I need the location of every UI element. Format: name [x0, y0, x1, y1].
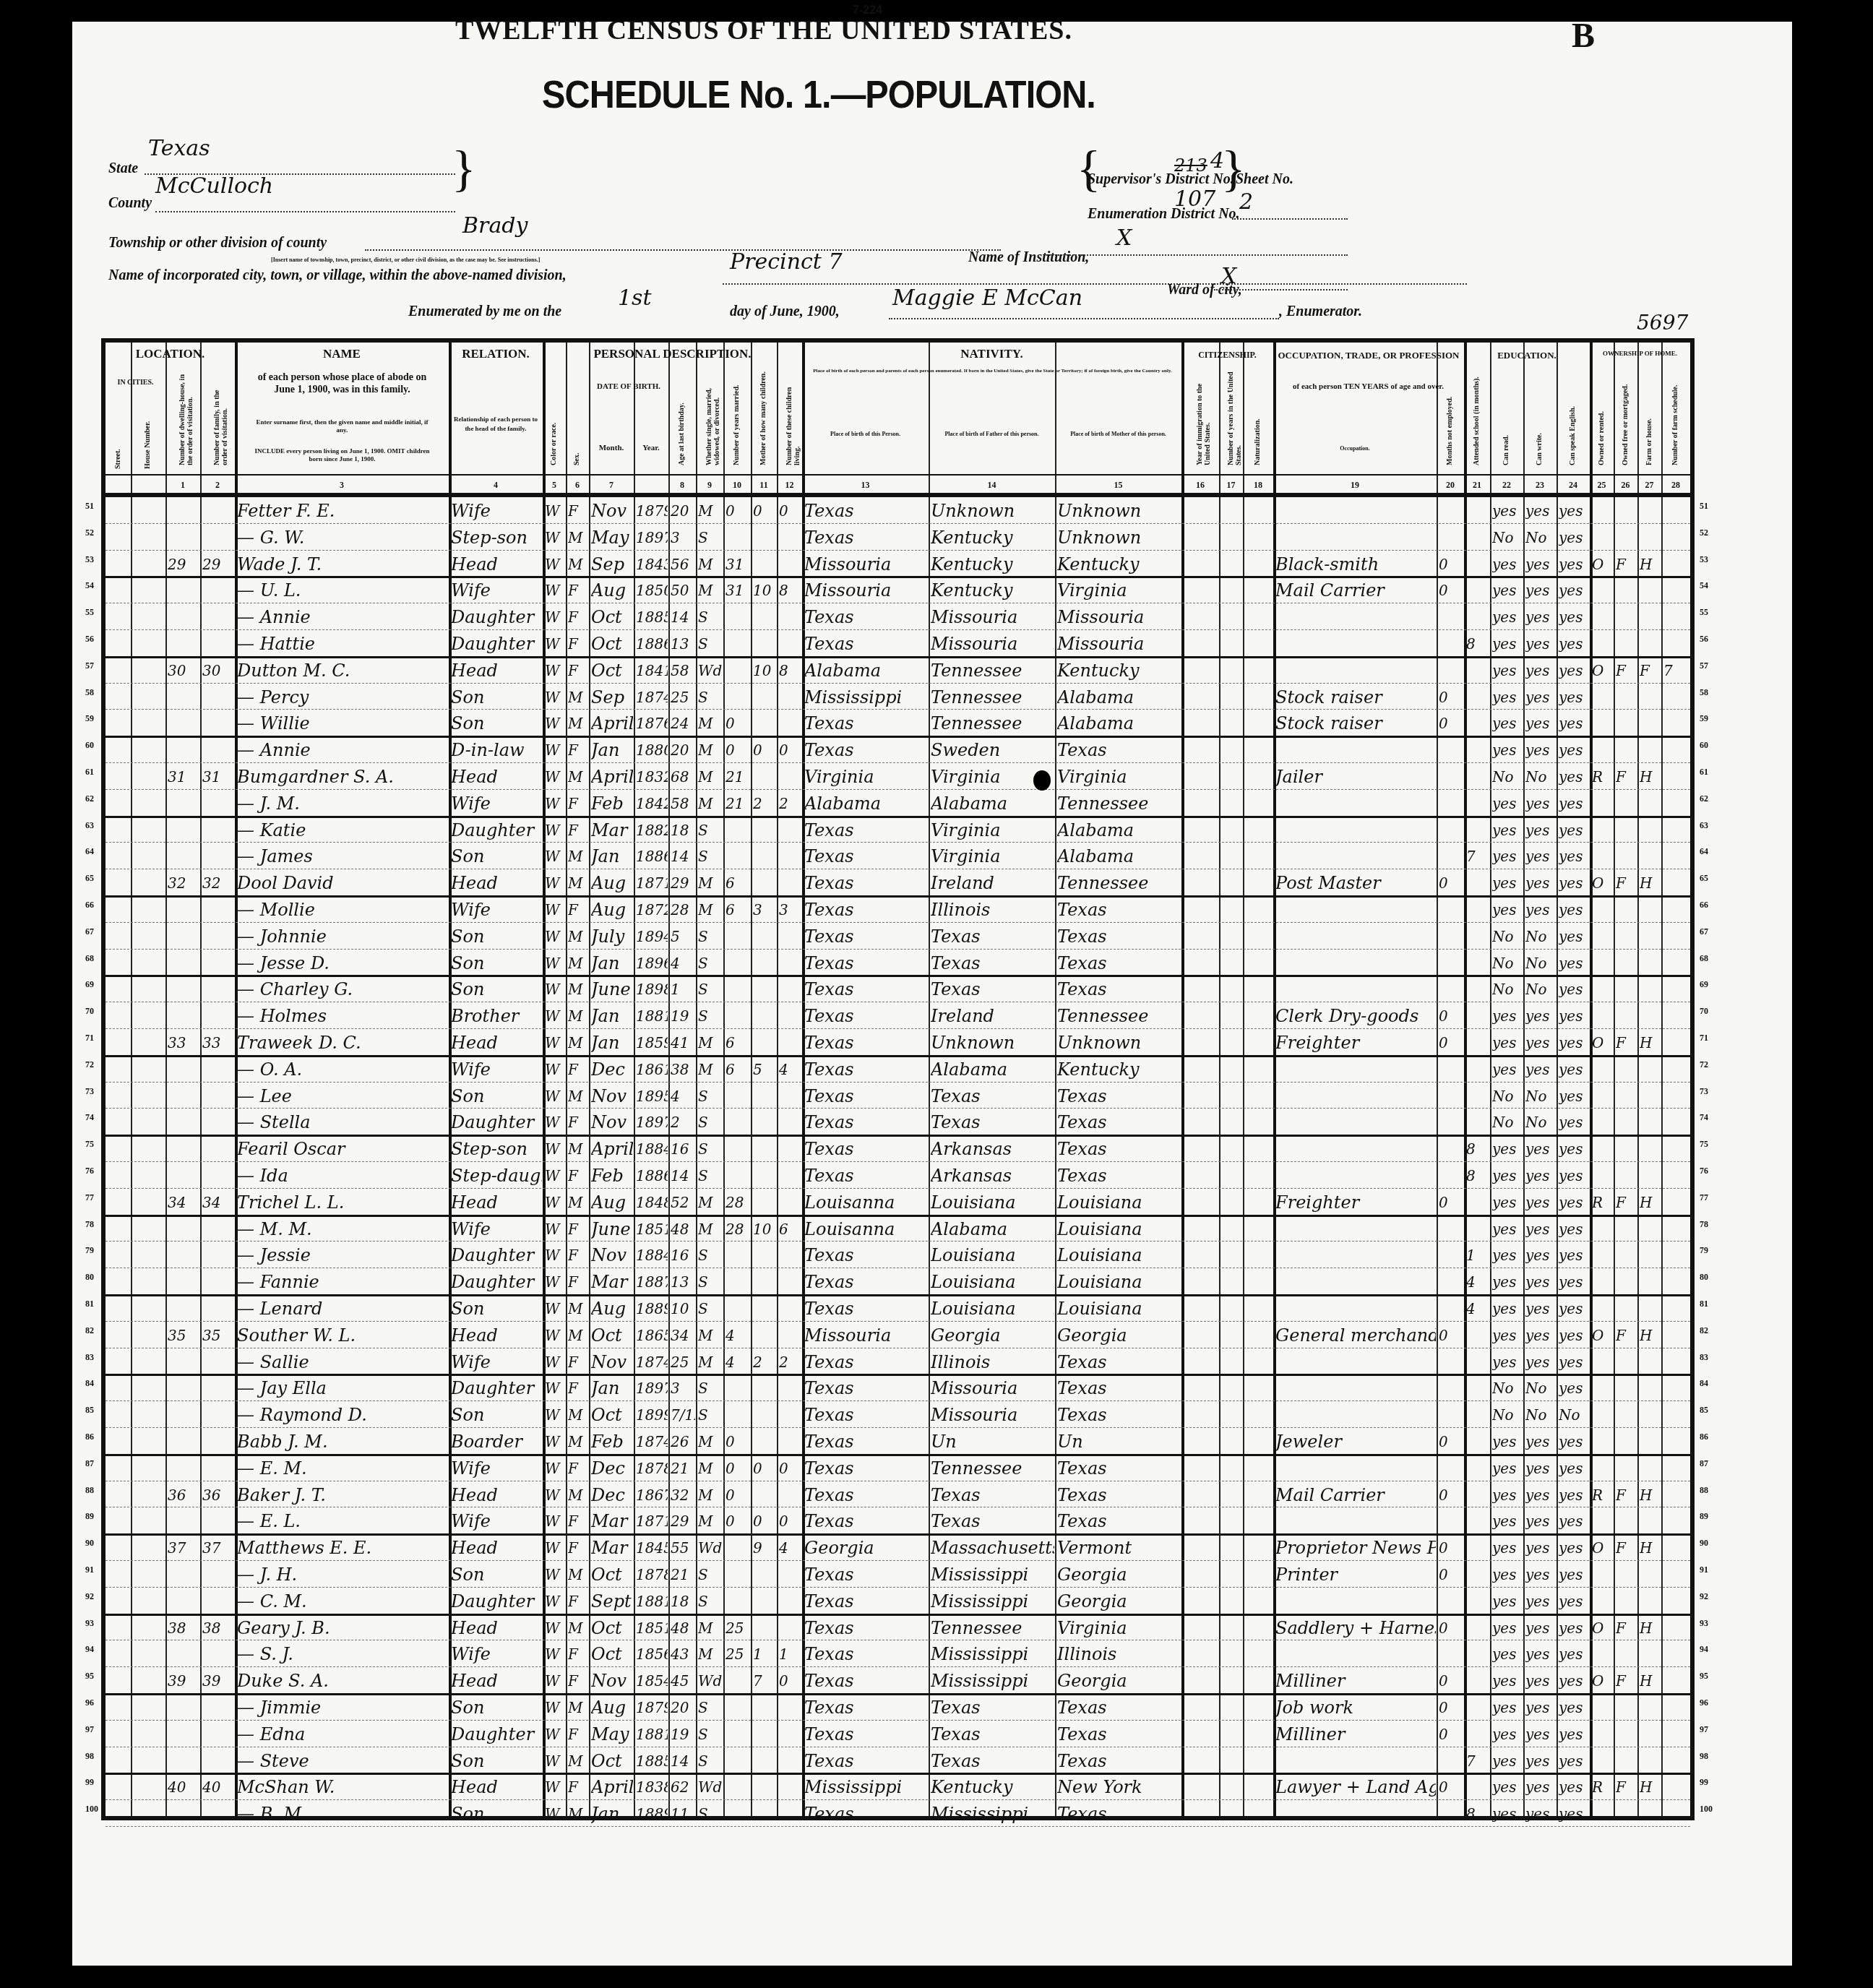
cell-farm: H	[1640, 869, 1661, 895]
header-name: NAME	[235, 347, 449, 361]
line-number: 87	[1700, 1458, 1708, 1469]
column-number: 4	[449, 480, 543, 491]
cell-occ: Stock raiser	[1275, 683, 1436, 710]
cell-eng: yes	[1559, 1374, 1589, 1400]
cell-color: W	[545, 1799, 565, 1826]
line-number: 85	[1700, 1405, 1708, 1416]
cell-farm	[1640, 1747, 1661, 1773]
cell-write: yes	[1525, 1268, 1556, 1294]
table-row: — JessieDaughterWFNov188416STexasLouisia…	[106, 1241, 1690, 1268]
line-number: 98	[85, 1751, 94, 1762]
cell-dw: 32	[168, 869, 199, 895]
cell-pob: Louisanna	[804, 1215, 928, 1242]
cell-write: yes	[1525, 1028, 1556, 1055]
sheet-number: 2	[1239, 189, 1253, 215]
cell-mo	[753, 949, 776, 976]
cell-write: yes	[1525, 550, 1556, 577]
table-row: — J. H.SonWMOct187821STexasMississippiGe…	[106, 1560, 1690, 1588]
cell-fam: 37	[202, 1533, 234, 1560]
cell-rel: Daughter	[451, 816, 542, 843]
cell-liv	[779, 603, 801, 629]
cell-color: W	[545, 762, 565, 789]
cell-pob: Missouria	[804, 550, 928, 577]
cell-sex: M	[568, 1028, 588, 1055]
cell-liv	[779, 1241, 801, 1268]
cell-dw	[168, 1560, 199, 1587]
cell-rel: Step-daughter	[451, 1161, 542, 1188]
cell-fs	[1663, 1454, 1689, 1481]
township-hint: [Insert name of township, town, precinct…	[271, 257, 540, 263]
cell-fam: 39	[202, 1666, 234, 1693]
cell-ym: 25	[725, 1640, 750, 1666]
cell-read: yes	[1492, 576, 1523, 603]
cell-mar: M	[698, 789, 723, 816]
table-row: 3434Trichel L. L.HeadWMAug184852M28Louis…	[106, 1188, 1690, 1217]
cell-sch	[1466, 1507, 1489, 1533]
table-row: — EdnaDaughterWFMay188119STexasTexasTexa…	[106, 1720, 1690, 1747]
cell-occ	[1275, 975, 1436, 1002]
cell-sch	[1466, 1533, 1489, 1560]
cell-mort	[1616, 1348, 1637, 1374]
cell-eng: yes	[1559, 842, 1589, 869]
cell-unemp: 0	[1439, 1188, 1463, 1215]
cell-fam	[202, 1294, 234, 1321]
cell-mpob: Louisiana	[1057, 1215, 1181, 1242]
cell-rel: Son	[451, 1294, 542, 1321]
cell-unemp	[1439, 1268, 1463, 1294]
cell-fpob: Tennessee	[931, 683, 1054, 710]
cell-ym	[725, 1135, 750, 1161]
header-nativity: NATIVITY.	[802, 347, 1181, 361]
cell-own	[1592, 1799, 1613, 1826]
cell-ym	[725, 842, 750, 869]
cell-own	[1592, 603, 1613, 629]
cell-read: yes	[1492, 1720, 1523, 1747]
cell-mort	[1616, 789, 1637, 816]
cell-ym	[725, 1720, 750, 1747]
cell-mpob: Kentucky	[1057, 656, 1181, 683]
cell-dw	[168, 949, 199, 976]
cell-sch: 4	[1466, 1268, 1489, 1294]
cell-own: R	[1592, 1188, 1613, 1215]
cell-eng: yes	[1559, 816, 1589, 843]
sheet-label: Sheet No.	[1236, 171, 1293, 188]
cell-own	[1592, 736, 1613, 762]
cell-fs	[1663, 789, 1689, 816]
cell-rel: Brother	[451, 1002, 542, 1028]
cell-name: — Annie	[237, 603, 448, 629]
cell-fam	[202, 789, 234, 816]
cell-read: yes	[1492, 1135, 1523, 1161]
cell-color: W	[545, 683, 565, 710]
cell-fpob: Texas	[931, 1693, 1054, 1720]
line-number: 86	[85, 1432, 94, 1442]
line-number: 88	[85, 1485, 94, 1496]
cell-fam	[202, 895, 234, 922]
cell-dw	[168, 1348, 199, 1374]
cell-rel: Head	[451, 1773, 542, 1799]
header-street: Street.	[114, 397, 122, 469]
cell-fam: 36	[202, 1481, 234, 1507]
cell-own	[1592, 523, 1613, 550]
cell-mar: M	[698, 1614, 723, 1640]
cell-mar: S	[698, 629, 723, 656]
cell-write: yes	[1525, 736, 1556, 762]
cell-occ: Mail Carrier	[1275, 576, 1436, 603]
cell-fam	[202, 1640, 234, 1666]
cell-occ	[1275, 1294, 1436, 1321]
cell-farm	[1640, 1507, 1661, 1533]
line-number: 63	[85, 820, 94, 831]
cell-fs	[1663, 1374, 1689, 1400]
cell-color: W	[545, 1108, 565, 1135]
cell-fpob: Alabama	[931, 1215, 1054, 1242]
line-number: 71	[1700, 1033, 1708, 1044]
cell-pob: Texas	[804, 895, 928, 922]
schedule-title: SCHEDULE No. 1.—POPULATION.	[542, 72, 1095, 117]
cell-color: W	[545, 1666, 565, 1693]
cell-mort: F	[1616, 1028, 1637, 1055]
table-row: — Jay EllaDaughterWFJan18973STexasMissou…	[106, 1374, 1690, 1401]
cell-mpob: Texas	[1057, 975, 1181, 1002]
cell-own	[1592, 1002, 1613, 1028]
township-value: Brady	[462, 213, 528, 238]
column-number: 10	[723, 480, 751, 491]
cell-color: W	[545, 1321, 565, 1348]
cell-write: yes	[1525, 576, 1556, 603]
header-liv: Number of these children living.	[785, 371, 801, 465]
cell-own	[1592, 1215, 1613, 1242]
cell-unemp	[1439, 1108, 1463, 1135]
cell-fs	[1663, 1747, 1689, 1773]
cell-pob: Texas	[804, 736, 928, 762]
cell-age: 28	[671, 895, 695, 922]
cell-mort: F	[1616, 1614, 1637, 1640]
cell-age: 7/12	[671, 1400, 695, 1427]
cell-read: yes	[1492, 736, 1523, 762]
cell-pob: Texas	[804, 1374, 928, 1400]
cell-mort: F	[1616, 762, 1637, 789]
cell-fpob: Mississippi	[931, 1587, 1054, 1614]
cell-own	[1592, 683, 1613, 710]
supervisor-label: Supervisor's District No.	[1088, 171, 1234, 188]
cell-farm	[1640, 1135, 1661, 1161]
cell-pob: Texas	[804, 1454, 928, 1481]
cell-fpob: Tennessee	[931, 656, 1054, 683]
cell-rel: Son	[451, 1747, 542, 1773]
cell-mpob: Georgia	[1057, 1321, 1181, 1348]
cell-unemp	[1439, 975, 1463, 1002]
header-imm: Year of immigration to the United States…	[1196, 371, 1212, 465]
cell-write: yes	[1525, 1055, 1556, 1082]
cell-liv	[779, 1400, 801, 1427]
cell-eng: yes	[1559, 1028, 1589, 1055]
table-row: 4040McShan W.HeadWFApril183862WdMississi…	[106, 1773, 1690, 1800]
cell-read: yes	[1492, 1481, 1523, 1507]
cell-mar: M	[698, 1507, 723, 1533]
cell-sex: M	[568, 709, 588, 736]
cell-write: yes	[1525, 1587, 1556, 1614]
cell-name: — Steve	[237, 1747, 448, 1773]
cell-own	[1592, 842, 1613, 869]
cell-mpob: Unknown	[1057, 496, 1181, 523]
cell-sex: F	[568, 656, 588, 683]
cell-farm	[1640, 496, 1661, 523]
header-eng: Can speak English.	[1569, 371, 1577, 465]
cell-farm	[1640, 1400, 1661, 1427]
cell-fam: 35	[202, 1321, 234, 1348]
cell-fs	[1663, 1773, 1689, 1799]
cell-fam: 32	[202, 869, 234, 895]
cell-dw	[168, 496, 199, 523]
cell-name: — Ida	[237, 1161, 448, 1188]
cell-dw	[168, 1002, 199, 1028]
cell-age: 68	[671, 762, 695, 789]
cell-eng: yes	[1559, 709, 1589, 736]
table-row: — JohnnieSonWMJuly18945STexasTexasTexasN…	[106, 922, 1690, 950]
cell-mar: S	[698, 1747, 723, 1773]
cell-own: R	[1592, 1773, 1613, 1799]
cell-fpob: Texas	[931, 1108, 1054, 1135]
column-number: 15	[1055, 480, 1181, 491]
cell-read: yes	[1492, 1587, 1523, 1614]
cell-mort	[1616, 736, 1637, 762]
cell-name: — Katie	[237, 816, 448, 843]
cell-mo: 9	[753, 1533, 776, 1560]
cell-dw: 35	[168, 1321, 199, 1348]
cell-mpob: Vermont	[1057, 1533, 1181, 1560]
cell-month: Jan	[591, 736, 633, 762]
cell-month: Oct	[591, 1560, 633, 1587]
cell-sch	[1466, 603, 1489, 629]
cell-own	[1592, 1294, 1613, 1321]
header-nativity-desc: Place of birth of each person and parent…	[810, 368, 1175, 374]
line-number: 99	[1700, 1777, 1708, 1788]
census-title: TWELFTH CENSUS OF THE UNITED STATES.	[455, 14, 1072, 46]
cell-sex: F	[568, 1587, 588, 1614]
cell-mo: 0	[753, 1454, 776, 1481]
cell-rel: Son	[451, 975, 542, 1002]
cell-name: — Jimmie	[237, 1693, 448, 1720]
cell-month: Dec	[591, 1055, 633, 1082]
cell-eng: yes	[1559, 1215, 1589, 1242]
cell-write: No	[1525, 1108, 1556, 1135]
table-row: — FannieDaughterWFMar188713STexasLouisia…	[106, 1268, 1690, 1296]
cell-fam	[202, 1348, 234, 1374]
column-number: 19	[1273, 480, 1437, 491]
table-row: — Charley G.SonWMJune18981STexasTexasTex…	[106, 975, 1690, 1002]
header-pob-mother: Place of birth of Mother of this person.	[1062, 429, 1174, 439]
cell-ym	[725, 949, 750, 976]
cell-month: April	[591, 1135, 633, 1161]
cell-rel: Daughter	[451, 1720, 542, 1747]
cell-occ: Milliner	[1275, 1720, 1436, 1747]
cell-name: — B. M.	[237, 1799, 448, 1826]
cell-mo	[753, 1720, 776, 1747]
header-pob-person: Place of birth of this Person.	[809, 429, 921, 439]
cell-mort: F	[1616, 1666, 1637, 1693]
cell-unemp	[1439, 1454, 1463, 1481]
cell-year: 1848	[636, 1188, 668, 1215]
cell-liv: 0	[779, 1666, 801, 1693]
cell-year: 1861	[636, 1055, 668, 1082]
cell-mort	[1616, 709, 1637, 736]
cell-sex: M	[568, 550, 588, 577]
cell-pob: Texas	[804, 1693, 928, 1720]
cell-sch	[1466, 949, 1489, 976]
cell-month: Jan	[591, 949, 633, 976]
cell-fs	[1663, 496, 1689, 523]
cell-sex: M	[568, 869, 588, 895]
cell-fam	[202, 1374, 234, 1400]
cell-fpob: Louisiana	[931, 1241, 1054, 1268]
cell-mort	[1616, 1427, 1637, 1454]
cell-mort	[1616, 1082, 1637, 1109]
line-number: 77	[1700, 1192, 1708, 1203]
cell-name: — Lee	[237, 1082, 448, 1109]
cell-pob: Georgia	[804, 1533, 928, 1560]
cell-mort	[1616, 1108, 1637, 1135]
cell-fs	[1663, 762, 1689, 789]
cell-fpob: Texas	[931, 922, 1054, 949]
cell-eng: yes	[1559, 1268, 1589, 1294]
line-number: 88	[1700, 1485, 1708, 1496]
cell-rel: Daughter	[451, 1241, 542, 1268]
cell-fpob: Kentucky	[931, 576, 1054, 603]
cell-sex: M	[568, 949, 588, 976]
cell-rel: Head	[451, 1188, 542, 1215]
brace-left: }	[452, 141, 476, 199]
header-relation: RELATION.	[449, 347, 543, 361]
line-number: 53	[1700, 554, 1708, 565]
cell-mo	[753, 1135, 776, 1161]
cell-sch: 8	[1466, 1161, 1489, 1188]
cell-color: W	[545, 1374, 565, 1400]
cell-unemp	[1439, 949, 1463, 976]
cell-sch: 4	[1466, 1294, 1489, 1321]
cell-occ	[1275, 1135, 1436, 1161]
table-row: — Jesse D.SonWMJan18964STexasTexasTexasN…	[106, 949, 1690, 978]
cell-ym: 21	[725, 762, 750, 789]
cell-year: 1898	[636, 975, 668, 1002]
cell-liv	[779, 1747, 801, 1773]
column-number: 26	[1614, 480, 1637, 491]
cell-name: Traweek D. C.	[237, 1028, 448, 1055]
cell-fpob: Missouria	[931, 1400, 1054, 1427]
cell-unemp	[1439, 762, 1463, 789]
cell-write: yes	[1525, 1481, 1556, 1507]
cell-month: Nov	[591, 496, 633, 523]
cell-fam	[202, 975, 234, 1002]
cell-pob: Texas	[804, 1241, 928, 1268]
cell-liv	[779, 1374, 801, 1400]
cell-mar: M	[698, 1321, 723, 1348]
cell-pob: Texas	[804, 1481, 928, 1507]
cell-occ: Jailer	[1275, 762, 1436, 789]
cell-mpob: Tennessee	[1057, 1002, 1181, 1028]
cell-write: yes	[1525, 1533, 1556, 1560]
cell-fpob: Mississippi	[931, 1560, 1054, 1587]
cell-color: W	[545, 1294, 565, 1321]
cell-eng: yes	[1559, 1454, 1589, 1481]
header-age: Age at last birthday.	[678, 371, 686, 465]
table-row: — Raymond D.SonWMOct18997/12STexasMissou…	[106, 1400, 1690, 1428]
cell-name: — Percy	[237, 683, 448, 710]
cell-write: No	[1525, 1374, 1556, 1400]
line-number: 68	[1700, 953, 1708, 964]
cell-sex: F	[568, 1161, 588, 1188]
cell-unemp: 0	[1439, 1560, 1463, 1587]
line-number: 91	[1700, 1565, 1708, 1575]
cell-fpob: Tennessee	[931, 709, 1054, 736]
cell-rel: Head	[451, 1614, 542, 1640]
cell-dw	[168, 1135, 199, 1161]
table-row: — SallieWifeWFNov187425M422TexasIllinois…	[106, 1348, 1690, 1377]
cell-name: — Sallie	[237, 1348, 448, 1374]
line-number: 76	[85, 1166, 94, 1176]
cell-sch	[1466, 1454, 1489, 1481]
cell-mar: M	[698, 1055, 723, 1082]
cell-pob: Texas	[804, 709, 928, 736]
cell-unemp: 0	[1439, 1481, 1463, 1507]
cell-year: 1876	[636, 709, 668, 736]
cell-fs	[1663, 922, 1689, 949]
cell-own	[1592, 1374, 1613, 1400]
cell-occ	[1275, 1215, 1436, 1242]
cell-eng: yes	[1559, 736, 1589, 762]
cell-age: 58	[671, 656, 695, 683]
cell-liv	[779, 1693, 801, 1720]
cell-fam	[202, 842, 234, 869]
cell-sch	[1466, 1188, 1489, 1215]
cell-eng: yes	[1559, 1773, 1589, 1799]
cell-unemp	[1439, 922, 1463, 949]
cell-fam	[202, 1241, 234, 1268]
header-read: Can read.	[1502, 371, 1510, 465]
cell-sex: F	[568, 736, 588, 762]
cell-farm	[1640, 1108, 1661, 1135]
line-number: 74	[1700, 1112, 1708, 1123]
population-table: LOCATION.IN CITIES.NAMEof each person wh…	[101, 338, 1695, 1820]
cell-name: Dool David	[237, 869, 448, 895]
cell-name: — E. L.	[237, 1507, 448, 1533]
cell-write: No	[1525, 949, 1556, 976]
cell-read: yes	[1492, 1773, 1523, 1799]
cell-year: 1886	[636, 629, 668, 656]
cell-ym	[725, 816, 750, 843]
cell-color: W	[545, 496, 565, 523]
line-number: 69	[1700, 979, 1708, 990]
cell-sch	[1466, 1028, 1489, 1055]
cell-eng: yes	[1559, 576, 1589, 603]
institution-label: Name of Institution,	[968, 249, 1089, 266]
cell-name: Geary J. B.	[237, 1614, 448, 1640]
cell-own	[1592, 1055, 1613, 1082]
brace-right-open: }	[1077, 141, 1101, 199]
cell-mar: M	[698, 1427, 723, 1454]
table-row: — E. M.WifeWFDec187821M000TexasTennessee…	[106, 1454, 1690, 1481]
cell-mo: 0	[753, 1507, 776, 1533]
cell-occ: Clerk Dry-goods	[1275, 1002, 1436, 1028]
cell-unemp: 0	[1439, 1693, 1463, 1720]
cell-own	[1592, 1507, 1613, 1533]
cell-own: O	[1592, 1614, 1613, 1640]
line-number: 96	[1700, 1697, 1708, 1708]
cell-read: No	[1492, 1400, 1523, 1427]
cell-mpob: Alabama	[1057, 683, 1181, 710]
cell-liv	[779, 523, 801, 550]
cell-unemp	[1439, 895, 1463, 922]
